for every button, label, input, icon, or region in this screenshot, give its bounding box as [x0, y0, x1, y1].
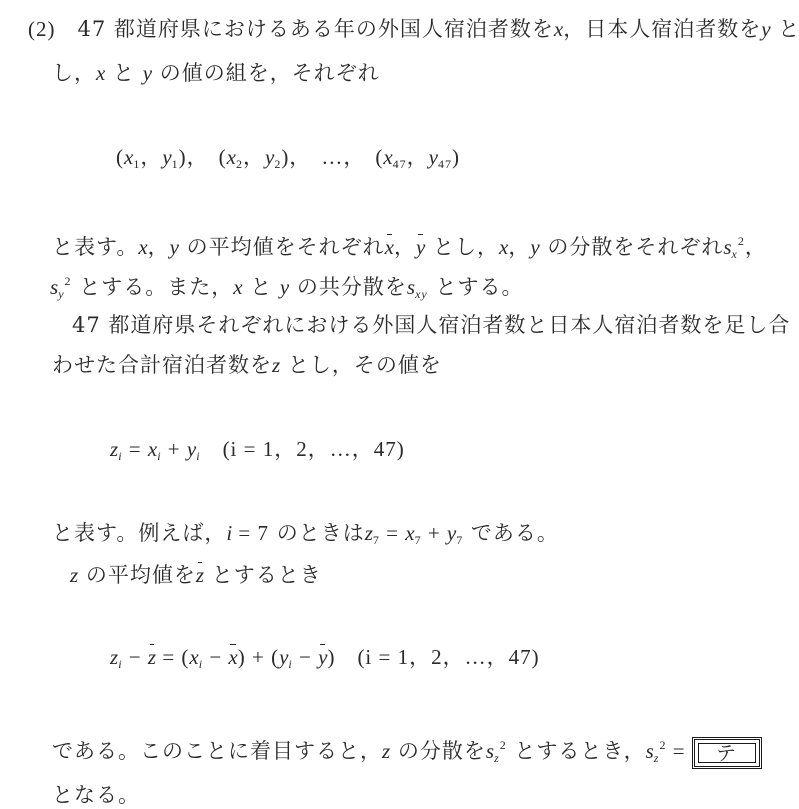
index-range: (i = 1，2，…，47) [223, 437, 405, 461]
text: し， [52, 61, 96, 85]
para3-line-2: わせた合計宿泊者数をz とし，その値を [52, 350, 442, 380]
para2-line-2: sy2 とする。また，x と y の共分散をsxy とする。 [50, 266, 523, 309]
ellipsis: … [321, 145, 343, 169]
text: と [113, 61, 135, 85]
para4-line-2: z の平均値をz とするとき [70, 560, 322, 590]
para4-line-1: と表す。例えば，i = 7 のときはz7 = x7 + y7 である。 [52, 518, 559, 555]
problem-number: (2) [28, 17, 56, 41]
y-bar: y [416, 232, 425, 262]
text: とし，その値を [288, 353, 442, 377]
equals-seven: = 7 [238, 521, 269, 545]
problem-line-2: し，x と y の値の組を，それぞれ [52, 58, 380, 88]
text: と表す。 [52, 235, 138, 259]
text: である。このことに着目すると， [52, 739, 382, 763]
var-x: x [96, 61, 105, 85]
problem-line-1: (2)47 都道府県におけるある年の外国人宿泊者数をx，日本人宿泊者数をy と [28, 14, 799, 44]
answer-box-te[interactable]: テ [692, 737, 762, 769]
text: とし， [433, 235, 499, 259]
x-bar: x [385, 232, 394, 262]
para2-line-1: と表す。x，y の平均値をそれぞれx，y とし，x，y の分散をそれぞれsx2， [52, 226, 767, 269]
pairs-formula: (x1，y1)，(x2，y2)，…，(x47，y47) [116, 142, 460, 179]
para3-line-1: 47 都道府県それぞれにおける外国人宿泊者数と日本人宿泊者数を足し合 [72, 310, 790, 340]
text: と表す。例えば， [52, 521, 226, 545]
subscript: 47 [438, 157, 452, 171]
z-sum-formula: zi = xi + yi(i = 1，2，…，47) [110, 434, 405, 471]
superscript: 2 [738, 234, 745, 248]
para5-line-2: となる。 [52, 780, 140, 809]
text: わせた合計宿泊者数を [52, 353, 272, 377]
text: とする。また， [79, 275, 233, 299]
var-x: x [554, 17, 563, 41]
var-y: y [761, 17, 770, 41]
text: の値の組を，それぞれ [160, 61, 380, 85]
text: の分散を [398, 739, 486, 763]
text: の分散をそれぞれ [547, 235, 723, 259]
text: 47 都道府県におけるある年の外国人宿泊者数を [78, 17, 554, 41]
subscript: 2 [236, 157, 243, 171]
deviation-formula: zi − z = (xi − x) + (yi − y)(i = 1，2，…，4… [110, 642, 540, 679]
subscript: 7 [415, 533, 422, 547]
subscript: 7 [373, 533, 380, 547]
text: とする。 [435, 275, 523, 299]
var-z: z [272, 353, 280, 377]
subscript: 47 [393, 157, 407, 171]
text: である。 [471, 521, 559, 545]
var-y: y [143, 61, 152, 85]
text: と [778, 17, 799, 41]
text: の平均値をそれぞれ [187, 235, 385, 259]
text: とするとき [212, 563, 322, 587]
z-bar: z [196, 560, 204, 590]
text: のときは [277, 521, 365, 545]
subscript: 1 [172, 157, 179, 171]
text: の共分散を [297, 275, 407, 299]
index-range: (i = 1，2，…，47) [357, 645, 539, 669]
text: ，日本人宿泊者数を [563, 17, 761, 41]
superscript: 2 [65, 274, 72, 288]
text: と [250, 275, 272, 299]
para5-line-1: である。このことに着目すると，z の分散をsz2 とするとき，sz2 =テ [52, 730, 762, 773]
text: の平均値を [86, 563, 196, 587]
subscript: xy [415, 287, 428, 301]
text: とするとき， [514, 739, 645, 763]
superscript: 2 [500, 738, 507, 752]
